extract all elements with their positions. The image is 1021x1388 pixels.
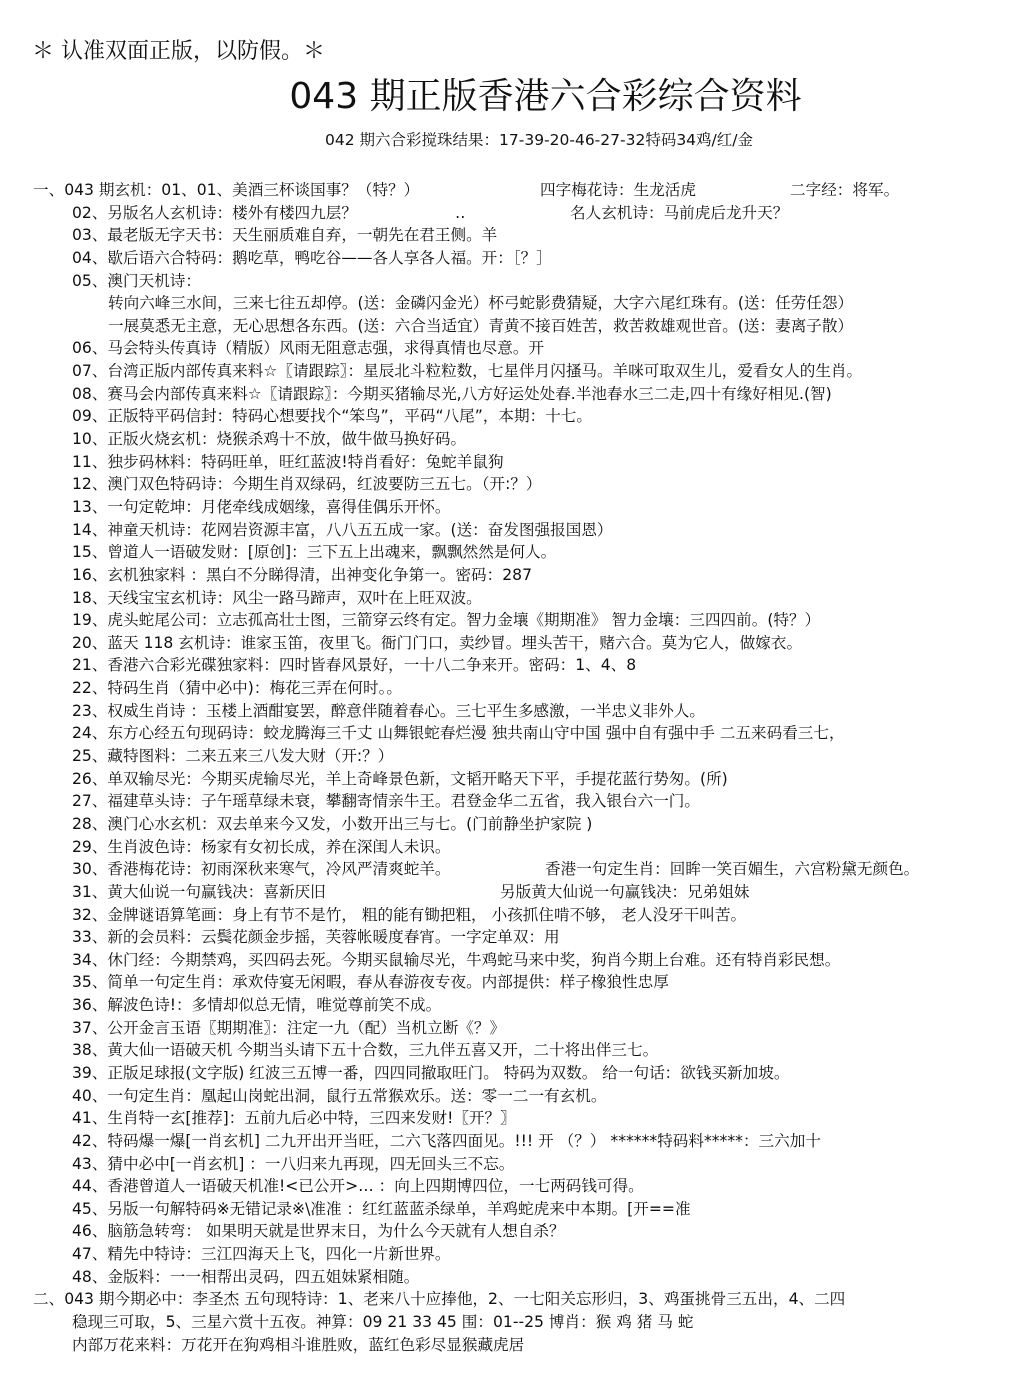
line-text: 19、虎头蛇尾公司：立志孤高壮士图，三箭穿云终有定。智力金壤《期期准》 智力金壤… (72, 609, 820, 632)
content-line: 28、澳门心水玄机：双去单来今又发，小数开出三与七。(门前静坐护家院 ) (0, 813, 1021, 836)
content-line: 25、藏特图料：二来五来三八发大财（开:？） (0, 745, 1021, 768)
line-text: 09、正版特平码信封：特码心想要找个“笨鸟”，平码“八尾”，本期：十七。 (72, 405, 592, 428)
line-text: 47、精先中特诗：三江四海天上飞，四化一片新世界。 (72, 1243, 451, 1266)
line-text: 另版黄大仙说一句赢钱决：兄弟姐妹 (500, 881, 750, 904)
line-text: 33、新的会员料：云鬓花颜金步摇，芙蓉帐暖度春宵。一字定单双：用 (72, 926, 560, 949)
content-line: 04、歇后语六合特码：鹅吃草，鸭吃谷——各人享各人福。开：［？］ (0, 247, 1021, 270)
content-line: 转向六峰三水间，三来七往五却停。(送：金磷闪金光）杯弓蛇影费猜疑，大字六尾红珠有… (0, 292, 1021, 315)
line-text: 08、赛马会内部传真来料☆〖请跟踪〗：今期买猪输尽光,八方好运处处春.半池春水三… (72, 383, 832, 406)
content-line: 33、新的会员料：云鬓花颜金步摇，芙蓉帐暖度春宵。一字定单双：用 (0, 926, 1021, 949)
content-line: 41、生肖特一玄[推荐]：五前九后必中特，三四来发财!〖开？〗 (0, 1107, 1021, 1130)
line-text: 36、解波色诗!：多情却似总无情，唯觉尊前笑不成。 (72, 994, 441, 1017)
content-line: 45、另版一句解特码※无错记录※\准准 ：红红蓝蓝杀绿单，羊鸡蛇虎来中本期。[开… (0, 1198, 1021, 1221)
content-line: 42、特码爆一爆[一肖玄机] 二九开出开当旺，二六飞落四面见。!!! 开 （？）… (0, 1130, 1021, 1153)
content-line: 一、043 期玄机：01、01、美酒三杯谈国事？（特？）四字梅花诗：生龙活虎二字… (0, 179, 1021, 202)
line-text: 16、玄机独家料 ：黑白不分睇得清，出神变化争第一。密码：287 (72, 564, 532, 587)
line-text: ‥ (455, 202, 465, 225)
line-text: 15、曾道人一语破发财：[原创]：三下五上出魂来，飘飘然然是何人。 (72, 541, 556, 564)
content-line: 44、香港曾道人一语破天机准!<已公开>… ：向上四期博四位，一七两码钱可得。 (0, 1175, 1021, 1198)
line-text: 38、黄大仙一语破天机 今期当头请下五十合数，三九伴五喜又开，二十将出伴三七。 (72, 1039, 658, 1062)
content-line: 一展莫悉无主意，无心思想各东西。(送：六合当适宜）青黄不接百姓苦，救苦救雄观世音… (0, 315, 1021, 338)
line-text: 内部万花来料：万花开在狗鸡相斗谁胜败，蓝红色彩尽显猴藏虎居 (72, 1334, 524, 1357)
content-line: 14、神童天机诗：花网岩资源丰富，八八五五成一家。(送：奋发图强报国恩） (0, 519, 1021, 542)
line-text: 23、权威生肖诗 ：玉楼上酒酣宴罢，醉意伴随着春心。三七平生多感激，一半忠义非外… (72, 700, 705, 723)
content-line: 12、澳门双色特码诗：今期生肖双绿码，红波要防三五七。（开:？） (0, 473, 1021, 496)
line-text: 45、另版一句解特码※无错记录※\准准 ：红红蓝蓝杀绿单，羊鸡蛇虎来中本期。[开… (72, 1198, 691, 1221)
content-line: 19、虎头蛇尾公司：立志孤高壮士图，三箭穿云终有定。智力金壤《期期准》 智力金壤… (0, 609, 1021, 632)
line-text: 04、歇后语六合特码：鹅吃草，鸭吃谷——各人享各人福。开：［？］ (72, 247, 552, 270)
line-text: 稳现三可取，5、三星六赏十五夜。神算：09 21 33 45 围：01--25 … (72, 1311, 693, 1334)
line-text: 13、一句定乾坤：月佬牵线成姻缘，喜得佳偶乐开怀。 (72, 496, 451, 519)
content-line: 46、脑筋急转弯： 如果明天就是世界末日，为什么今天就有人想自杀？ (0, 1220, 1021, 1243)
line-text: 二字经：将军。 (790, 179, 899, 202)
line-text: 41、生肖特一玄[推荐]：五前九后必中特，三四来发财!〖开？〗 (72, 1107, 516, 1130)
content-line: 18、天线宝宝玄机诗：风尘一路马蹄声，双叶在上旺双波。 (0, 587, 1021, 610)
content-line: 07、台湾正版内部传真来料☆〖请跟踪〗：星辰北斗粒粒数，七星伴月闪搔马。羊咪可取… (0, 360, 1021, 383)
content-line: 10、正版火烧玄机：烧猴杀鸡十不放，做牛做马换好码。 (0, 428, 1021, 451)
content-line: 23、权威生肖诗 ：玉楼上酒酣宴罢，醉意伴随着春心。三七平生多感激，一半忠义非外… (0, 700, 1021, 723)
line-text: 42、特码爆一爆[一肖玄机] 二九开出开当旺，二六飞落四面见。!!! 开 （？）… (72, 1130, 821, 1153)
content-line: 稳现三可取，5、三星六赏十五夜。神算：09 21 33 45 围：01--25 … (0, 1311, 1021, 1334)
content-line: 40、一句定生肖：凰起山岗蛇出洞，鼠行五常猴欢乐。送：零一二一有玄机。 (0, 1085, 1021, 1108)
content-line: 02、另版名人玄机诗：楼外有楼四九层？‥名人玄机诗：马前虎后龙升天？ (0, 202, 1021, 225)
line-text: 28、澳门心水玄机：双去单来今又发，小数开出三与七。(门前静坐护家院 ) (72, 813, 592, 836)
line-text: 05、澳门天机诗： (72, 270, 201, 293)
line-text: 32、金牌谜语算笔画：身上有节不是竹， 粗的能有锄把粗， 小孩抓住啃不够， 老人… (72, 904, 746, 927)
content-line: 06、马会特头传真诗（精版）风雨无阻意志强，求得真情也尽意。开 (0, 337, 1021, 360)
content-line: 二、043 期今期必中：李圣杰 五句现特诗：1、老来八十应捧他，2、一七阳关忘形… (0, 1288, 1021, 1311)
previous-draw-result: 042 期六合彩搅珠结果：17-39-20-46-27-32特码34鸡/红/金 (325, 128, 753, 150)
line-text: 转向六峰三水间，三来七往五却停。(送：金磷闪金光）杯弓蛇影费猜疑，大字六尾红珠有… (108, 292, 853, 315)
line-text: 香港一句定生肖：回眸一笑百媚生，六宫粉黛无颜色。 (545, 858, 919, 881)
line-text: 35、简单一句定生肖：承欢侍宴无闲暇，春从春游夜专夜。内部提供：样子橡狼性忠厚 (72, 971, 669, 994)
line-text: 34、休门经：今期禁鸡，买四码去死。今期买鼠输尽光，牛鸡蛇马来中奖，狗肖今期上台… (72, 949, 840, 972)
content-line: 31、黄大仙说一句赢钱决：喜新厌旧另版黄大仙说一句赢钱决：兄弟姐妹 (0, 881, 1021, 904)
line-text: 21、香港六合彩光碟独家料：四时皆春风景好，一十八二争来开。密码：1、4、8 (72, 654, 636, 677)
line-text: 39、正版足球报(文字版) 红波三五博一番，四四同撤取旺门。 特码为双数。 给一… (72, 1062, 789, 1085)
line-text: 30、香港梅花诗：初雨深秋来寒气，冷风严清爽蛇羊。 (72, 858, 451, 881)
content-line: 32、金牌谜语算笔画：身上有节不是竹， 粗的能有锄把粗， 小孩抓住啃不够， 老人… (0, 904, 1021, 927)
content-line: 47、精先中特诗：三江四海天上飞，四化一片新世界。 (0, 1243, 1021, 1266)
line-text: 02、另版名人玄机诗：楼外有楼四九层？ (72, 202, 357, 225)
content-line: 20、蓝天 118 玄机诗：谁家玉笛，夜里飞。衙门门口，卖纱冒。埋头苦干，赌六合… (0, 632, 1021, 655)
line-text: 03、最老版无字天书：天生丽质难自弃，一朝先在君王侧。羊 (72, 224, 497, 247)
content-line: 08、赛马会内部传真来料☆〖请跟踪〗：今期买猪输尽光,八方好运处处春.半池春水三… (0, 383, 1021, 406)
content-line: 43、猜中必中[一肖玄机] ：一八归来九再现，四无回头三不忘。 (0, 1153, 1021, 1176)
line-text: 20、蓝天 118 玄机诗：谁家玉笛，夜里飞。衙门门口，卖纱冒。埋头苦干，赌六合… (72, 632, 802, 655)
line-text: 06、马会特头传真诗（精版）风雨无阻意志强，求得真情也尽意。开 (72, 337, 544, 360)
content-line: 38、黄大仙一语破天机 今期当头请下五十合数，三九伴五喜又开，二十将出伴三七。 (0, 1039, 1021, 1062)
content-line: 内部万花来料：万花开在狗鸡相斗谁胜败，蓝红色彩尽显猴藏虎居 (0, 1334, 1021, 1357)
line-text: 24、东方心经五句现码诗：蛟龙腾海三千丈 山舞银蛇春烂漫 独共南山守中国 强中自… (72, 722, 845, 745)
line-text: 25、藏特图料：二来五来三八发大财（开:？） (72, 745, 393, 768)
line-text: 26、单双输尽光：今期买虎输尽光，羊上奇峰景色新，文韬开略天下平，手提花蓝行势匆… (72, 768, 728, 791)
content-line: 16、玄机独家料 ：黑白不分睇得清，出神变化争第一。密码：287 (0, 564, 1021, 587)
line-text: 一、043 期玄机：01、01、美酒三杯谈国事？（特？） (33, 179, 419, 202)
line-text: 12、澳门双色特码诗：今期生肖双绿码，红波要防三五七。（开:？） (72, 473, 542, 496)
line-text: 31、黄大仙说一句赢钱决：喜新厌旧 (72, 881, 326, 904)
line-text: 29、生肖波色诗：杨家有女初长成，养在深闺人未识。 (72, 836, 451, 859)
content-line: 15、曾道人一语破发财：[原创]：三下五上出魂来，飘飘然然是何人。 (0, 541, 1021, 564)
line-text: 48、金版料：一一相帮出灵码，四五姐妹紧相随。 (72, 1266, 419, 1289)
line-text: 43、猜中必中[一肖玄机] ：一八归来九再现，四无回头三不忘。 (72, 1153, 514, 1176)
line-text: 40、一句定生肖：凰起山岗蛇出洞，鼠行五常猴欢乐。送：零一二一有玄机。 (72, 1085, 606, 1108)
content-line: 11、独步码林料：特码旺单，旺红蓝波!特肖看好：兔蛇羊鼠狗 (0, 451, 1021, 474)
content-line: 05、澳门天机诗： (0, 270, 1021, 293)
line-text: 二、043 期今期必中：李圣杰 五句现特诗：1、老来八十应捧他，2、一七阳关忘形… (33, 1288, 845, 1311)
content-line: 39、正版足球报(文字版) 红波三五博一番，四四同撤取旺门。 特码为双数。 给一… (0, 1062, 1021, 1085)
line-text: 一展莫悉无主意，无心思想各东西。(送：六合当适宜）青黄不接百姓苦，救苦救雄观世音… (108, 315, 853, 338)
content-line: 30、香港梅花诗：初雨深秋来寒气，冷风严清爽蛇羊。香港一句定生肖：回眸一笑百媚生… (0, 858, 1021, 881)
line-text: 14、神童天机诗：花网岩资源丰富，八八五五成一家。(送：奋发图强报国恩） (72, 519, 613, 542)
line-text: 44、香港曾道人一语破天机准!<已公开>… ：向上四期博四位，一七两码钱可得。 (72, 1175, 644, 1198)
content-line: 03、最老版无字天书：天生丽质难自弃，一朝先在君王侧。羊 (0, 224, 1021, 247)
content-line: 22、特码生肖（猜中必中)：梅花三弄在何时。。 (0, 677, 1021, 700)
page-title: 043 期正版香港六合彩综合资料 (0, 68, 1021, 119)
line-text: 名人玄机诗：马前虎后龙升天？ (570, 202, 788, 225)
content-line: 09、正版特平码信封：特码心想要找个“笨鸟”，平码“八尾”，本期：十七。 (0, 405, 1021, 428)
content-line: 24、东方心经五句现码诗：蛟龙腾海三千丈 山舞银蛇春烂漫 独共南山守中国 强中自… (0, 722, 1021, 745)
content-line: 36、解波色诗!：多情却似总无情，唯觉尊前笑不成。 (0, 994, 1021, 1017)
line-text: 22、特码生肖（猜中必中)：梅花三弄在何时。。 (72, 677, 402, 700)
line-text: 27、福建草头诗：子午瑶草绿未衰，攀翻寄情亲牛王。君登金华二五省，我入银台六一门… (72, 790, 700, 813)
content-line: 29、生肖波色诗：杨家有女初长成，养在深闺人未识。 (0, 836, 1021, 859)
line-text: 18、天线宝宝玄机诗：风尘一路马蹄声，双叶在上旺双波。 (72, 587, 482, 610)
content-list: 一、043 期玄机：01、01、美酒三杯谈国事？（特？）四字梅花诗：生龙活虎二字… (0, 179, 1021, 1356)
line-text: 46、脑筋急转弯： 如果明天就是世界末日，为什么今天就有人想自杀？ (72, 1220, 565, 1243)
line-text: 11、独步码林料：特码旺单，旺红蓝波!特肖看好：兔蛇羊鼠狗 (72, 451, 504, 474)
content-line: 34、休门经：今期禁鸡，买四码去死。今期买鼠输尽光，牛鸡蛇马来中奖，狗肖今期上台… (0, 949, 1021, 972)
notice-line: ＊ 认准双面正版，以防假。＊ (32, 34, 325, 65)
content-line: 13、一句定乾坤：月佬牵线成姻缘，喜得佳偶乐开怀。 (0, 496, 1021, 519)
line-text: 四字梅花诗：生龙活虎 (540, 179, 696, 202)
line-text: 37、公开金言玉语〖期期准〗：注定一九（配）当机立断《？》 (72, 1017, 505, 1040)
line-text: 07、台湾正版内部传真来料☆〖请跟踪〗：星辰北斗粒粒数，七星伴月闪搔马。羊咪可取… (72, 360, 862, 383)
line-text: 10、正版火烧玄机：烧猴杀鸡十不放，做牛做马换好码。 (72, 428, 466, 451)
content-line: 21、香港六合彩光碟独家料：四时皆春风景好，一十八二争来开。密码：1、4、8 (0, 654, 1021, 677)
content-line: 26、单双输尽光：今期买虎输尽光，羊上奇峰景色新，文韬开略天下平，手提花蓝行势匆… (0, 768, 1021, 791)
content-line: 35、简单一句定生肖：承欢侍宴无闲暇，春从春游夜专夜。内部提供：样子橡狼性忠厚 (0, 971, 1021, 994)
content-line: 48、金版料：一一相帮出灵码，四五姐妹紧相随。 (0, 1266, 1021, 1289)
content-line: 37、公开金言玉语〖期期准〗：注定一九（配）当机立断《？》 (0, 1017, 1021, 1040)
content-line: 27、福建草头诗：子午瑶草绿未衰，攀翻寄情亲牛王。君登金华二五省，我入银台六一门… (0, 790, 1021, 813)
